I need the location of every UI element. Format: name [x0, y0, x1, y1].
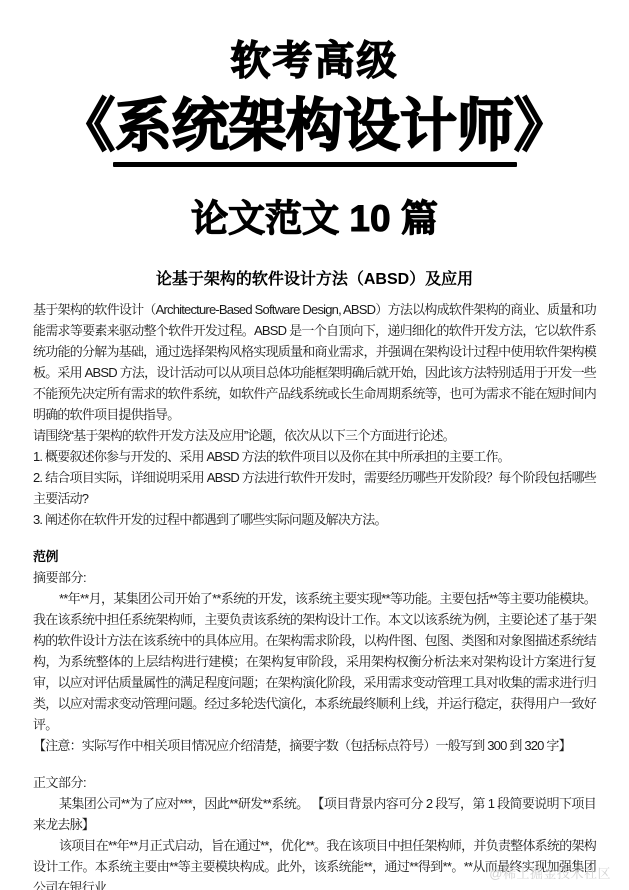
essay-title: 论基于架构的软件设计方法（ABSD）及应用: [33, 271, 596, 289]
abstract-paragraph: **年**月，某集团公司开始了**系统的开发，该系统主要实现**等功能。主要包括…: [33, 588, 596, 735]
title-underline: [113, 162, 517, 167]
body-label: 正文部分:: [33, 772, 596, 793]
example-label: 范例: [33, 546, 596, 567]
watermark: @稀土掘金技术社区: [489, 863, 611, 882]
question-item-1: 1. 概要叙述你参与开发的、采用 ABSD 方法的软件项目以及你在其中所承担的主…: [33, 446, 596, 467]
question-item-3: 3. 阐述你在软件开发的过程中都遇到了哪些实际问题及解决方法。: [33, 509, 596, 530]
intro-paragraph: 基于架构的软件设计（Architecture-Based Software De…: [33, 299, 596, 425]
question-item-2: 2. 结合项目实际，详细说明采用 ABSD 方法进行软件开发时，需要经历哪些开发…: [33, 467, 596, 509]
doc-kicker: 软考高级: [33, 40, 596, 82]
abstract-note: 【注意：实际写作中相关项目情况应介绍清楚，摘要字数（包括标点符号）一般写到 30…: [33, 735, 596, 756]
document-page: 软考高级 《系统架构设计师》 论文范文 10 篇 论基于架构的软件设计方法（AB…: [0, 0, 629, 890]
body-paragraph-1: 某集团公司**为了应对***，因此**研发**系统。 【项目背景内容可分 2 段…: [33, 793, 596, 835]
prompt-paragraph: 请围绕“基于架构的软件开发方法及应用”论题，依次从以下三个方面进行论述。: [33, 425, 596, 446]
doc-subtitle: 论文范文 10 篇: [33, 199, 596, 239]
doc-main-title: 《系统架构设计师》: [33, 94, 596, 158]
abstract-label: 摘要部分:: [33, 567, 596, 588]
